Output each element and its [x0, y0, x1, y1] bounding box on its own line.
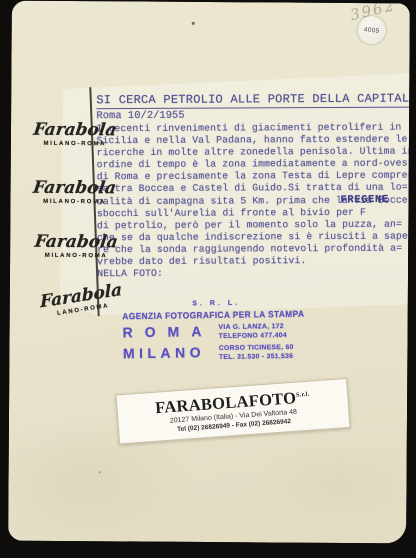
caption-line: NELLA FOTO:: [97, 267, 410, 281]
agency-stamp-city-milano: MILANO: [123, 344, 219, 363]
farabola-stamp-name: Farabola: [30, 121, 120, 140]
agency-stamp-srl: S. R. L.: [122, 299, 310, 309]
caption-title: SI CERCA PETROLIO ALLE PORTE DELLA CAPIT…: [96, 92, 410, 110]
paper-speck: [192, 22, 195, 25]
typed-caption: SI CERCA PETROLIO ALLE PORTE DELLA CAPIT…: [96, 89, 410, 281]
farabola-stamp-name: Farabola: [31, 233, 121, 252]
caption-line: re che la sonda raggiungendo notevoli pr…: [97, 242, 410, 256]
agency-stamp-milano-row: MILANO CORSO TICINESE, 60 TEL. 31.530 - …: [123, 343, 311, 364]
fregene-overprint-stamp: FREGENE: [340, 194, 388, 207]
sticker-number-text: 4005: [364, 26, 380, 35]
label-company-suffix: S.r.l.: [296, 392, 310, 399]
agency-milano-street: CORSO TICINESE, 60: [219, 344, 294, 354]
farabolafoto-label: FARABOLAFOTOS.r.l. 20127 Milano (Italia)…: [116, 378, 351, 444]
agency-roma-street: VIA G. LANZA, 172: [218, 323, 286, 332]
agency-stamp-tagline: AGENZIA FOTOGRAFICA PER LA STAMPA: [122, 309, 297, 321]
agency-milano-phone: TEL. 31.530 - 351.536: [219, 352, 294, 362]
agency-ink-stamp: S. R. L. AGENZIA FOTOGRAFICA PER LA STAM…: [122, 299, 311, 364]
farabola-stamp-2: Farabola MILANO-ROMA: [30, 179, 118, 207]
agency-roma-phone: TELEFONO 477.404: [219, 332, 287, 341]
photo-verso-card: SI CERCA PETROLIO ALLE PORTE DELLA CAPIT…: [8, 1, 410, 544]
farabola-stamp-1: Farabola MILANO-ROMA: [31, 121, 119, 149]
agency-stamp-city-roma: ROMA: [122, 323, 218, 342]
farabola-stamp-cities: MILANO-ROMA: [30, 198, 118, 207]
paper-speck: [99, 471, 101, 473]
farabola-stamp-cities: MILANO-ROMA: [32, 252, 120, 261]
agency-stamp-milano-address: CORSO TICINESE, 60 TEL. 31.530 - 351.536: [219, 343, 294, 362]
agency-stamp-roma-address: VIA G. LANZA, 172 TELEFONO 477.404: [218, 322, 287, 341]
farabola-stamp-3: Farabola MILANO-ROMA: [32, 233, 120, 261]
agency-stamp-roma-row: ROMA VIA G. LANZA, 172 TELEFONO 477.404: [122, 322, 310, 343]
photo-scan-backdrop: SI CERCA PETROLIO ALLE PORTE DELLA CAPIT…: [0, 0, 416, 558]
round-number-sticker: 4005: [356, 15, 387, 46]
farabola-stamp-name: Farabola: [29, 179, 119, 198]
caption-dateline: Roma 10/2/1955: [96, 109, 410, 123]
farabola-stamp-cities: MILANO-ROMA: [31, 140, 119, 149]
